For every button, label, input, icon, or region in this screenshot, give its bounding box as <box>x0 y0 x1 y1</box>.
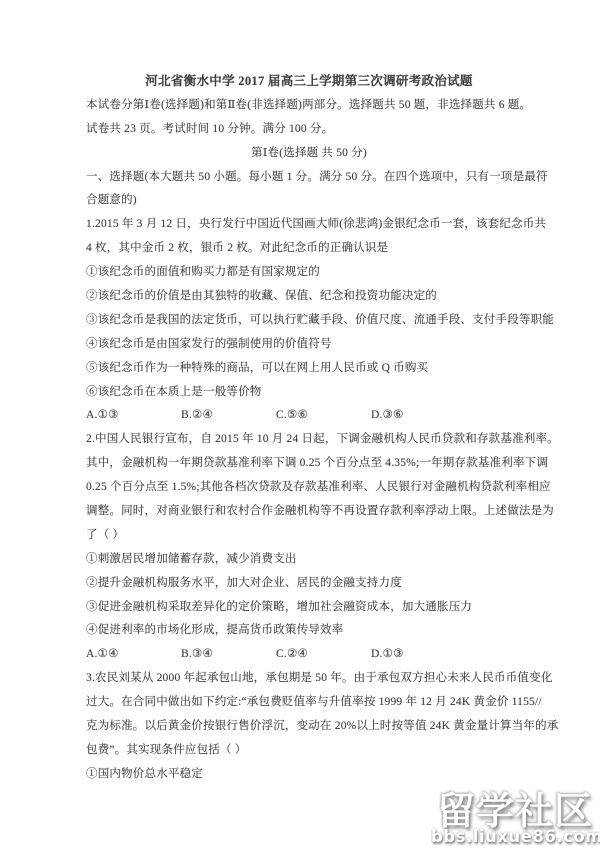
doc-line: 一、选择题(本大题共 50 小题。每小题 1 分。满分 50 分。在四个选项中，… <box>86 166 532 190</box>
watermark: 留学社区 bbs.liuxue86.com <box>431 792 599 845</box>
option-b: B.②④ <box>181 404 276 428</box>
question-1-line: 1.2015 年 3 月 12 日，央行发行中国近代国画大师(徐悲鸿)金银纪念币… <box>86 213 532 237</box>
question-3-line: 克为标准。以后黄金价按银行售价浮沉，变动在 20%以上时按等值 24K 黄金量计… <box>86 715 532 739</box>
option-c: C.⑤⑥ <box>276 404 371 428</box>
question-1-item: ⑤该纪念币作为一种特殊的商品，可以在网上用人民币或 Q 币购买 <box>86 357 532 381</box>
question-3-line: 3.农民刘某从 2000 年起承包山地，承包期是 50 年。由于承包双方担心未来… <box>86 667 532 691</box>
question-1-item: ⑥该纪念币在本质上是一般等价物 <box>86 381 532 405</box>
scanned-exam-page: { "page": { "background": "#ffffff", "te… <box>0 0 600 848</box>
watermark-brand-text: 留学社区 <box>431 792 599 830</box>
question-2-line: 2.中国人民银行宣布，自 2015 年 10 月 24 日起，下调金融机构人民币… <box>86 428 532 452</box>
doc-title: 河北省衡水中学 2017 届高三上学期第三次调研考政治试题 <box>86 70 532 94</box>
option-d: D.③⑥ <box>371 404 404 428</box>
watermark-site-text: bbs.liuxue86.com <box>431 829 599 845</box>
document-content: 河北省衡水中学 2017 届高三上学期第三次调研考政治试题 本试卷分第Ⅰ卷(选择… <box>86 70 532 787</box>
section-heading: 第Ⅰ卷(选择题 共 50 分) <box>86 142 532 166</box>
option-a: A.①③ <box>86 404 181 428</box>
option-c: C.②④ <box>276 643 371 667</box>
doc-line: 本试卷分第Ⅰ卷(选择题)和第Ⅱ卷(非选择题)两部分。选择题共 50 题，非选择题… <box>86 94 532 118</box>
question-1-item: ①该纪念币的面值和购买力都是有国家规定的 <box>86 261 532 285</box>
question-1-options-row: A.①③ B.②④ C.⑤⑥ D.③⑥ <box>86 404 532 428</box>
question-1-item: ③该纪念币是我国的法定货币，可以执行贮藏手段、价值尺度、流通手段、支付手段等职能 <box>86 309 532 333</box>
question-2-line: 其中，金融机构一年期贷款基准利率下调 0.25 个百分点至 4.35%;一年期存… <box>86 452 532 476</box>
question-3-line: 包费”。其实现条件应包括（ ） <box>86 739 532 763</box>
question-1-line: 4 枚，其中金币 2 枚，银币 2 枚。对此纪念币的正确认识是 <box>86 237 532 261</box>
question-2-options-row: A.①④ B.③④ C.②④ D.①③ <box>86 643 532 667</box>
doc-line: 试卷共 23 页。考试时间 10 分钟。满分 100 分。 <box>86 118 532 142</box>
option-a: A.①④ <box>86 643 181 667</box>
question-3-line: 过大。在合同中做出如下约定:“承包费贬值率与升值率按 1999 年 12 月 2… <box>86 691 532 715</box>
question-1-item: ②该纪念币的价值是由其独特的收藏、保值、纪念和投资功能决定的 <box>86 285 532 309</box>
option-b: B.③④ <box>181 643 276 667</box>
question-2-item: ①刺激居民增加储蓄存款，减少消费支出 <box>86 548 532 572</box>
question-2-item: ④促进利率的市场化形成，提高货币政策传导效率 <box>86 619 532 643</box>
doc-line: 合题意的) <box>86 189 532 213</box>
question-1-item: ④该纪念币是由国家发行的强制使用的价值符号 <box>86 333 532 357</box>
option-d: D.①③ <box>371 643 404 667</box>
question-2-line: 0.25 个百分点至 1.5%;其他各档次贷款及存款基准利率、人民银行对金融机构… <box>86 476 532 500</box>
question-3-item: ①国内物价总水平稳定 <box>86 763 532 787</box>
question-2-item: ③促进金融机构采取差异化的定价策略，增加社会融资成本，加大通胀压力 <box>86 596 532 620</box>
question-2-item: ②提升金融机构服务水平，加大对企业、居民的金融支持力度 <box>86 572 532 596</box>
question-2-line: 了（ ） <box>86 524 532 548</box>
question-2-line: 调整。同时，对商业银行和农村合作金融机构等不再设置存款利率浮动上限。上述做法是为 <box>86 500 532 524</box>
document-page: 河北省衡水中学 2017 届高三上学期第三次调研考政治试题 本试卷分第Ⅰ卷(选择… <box>0 0 600 848</box>
